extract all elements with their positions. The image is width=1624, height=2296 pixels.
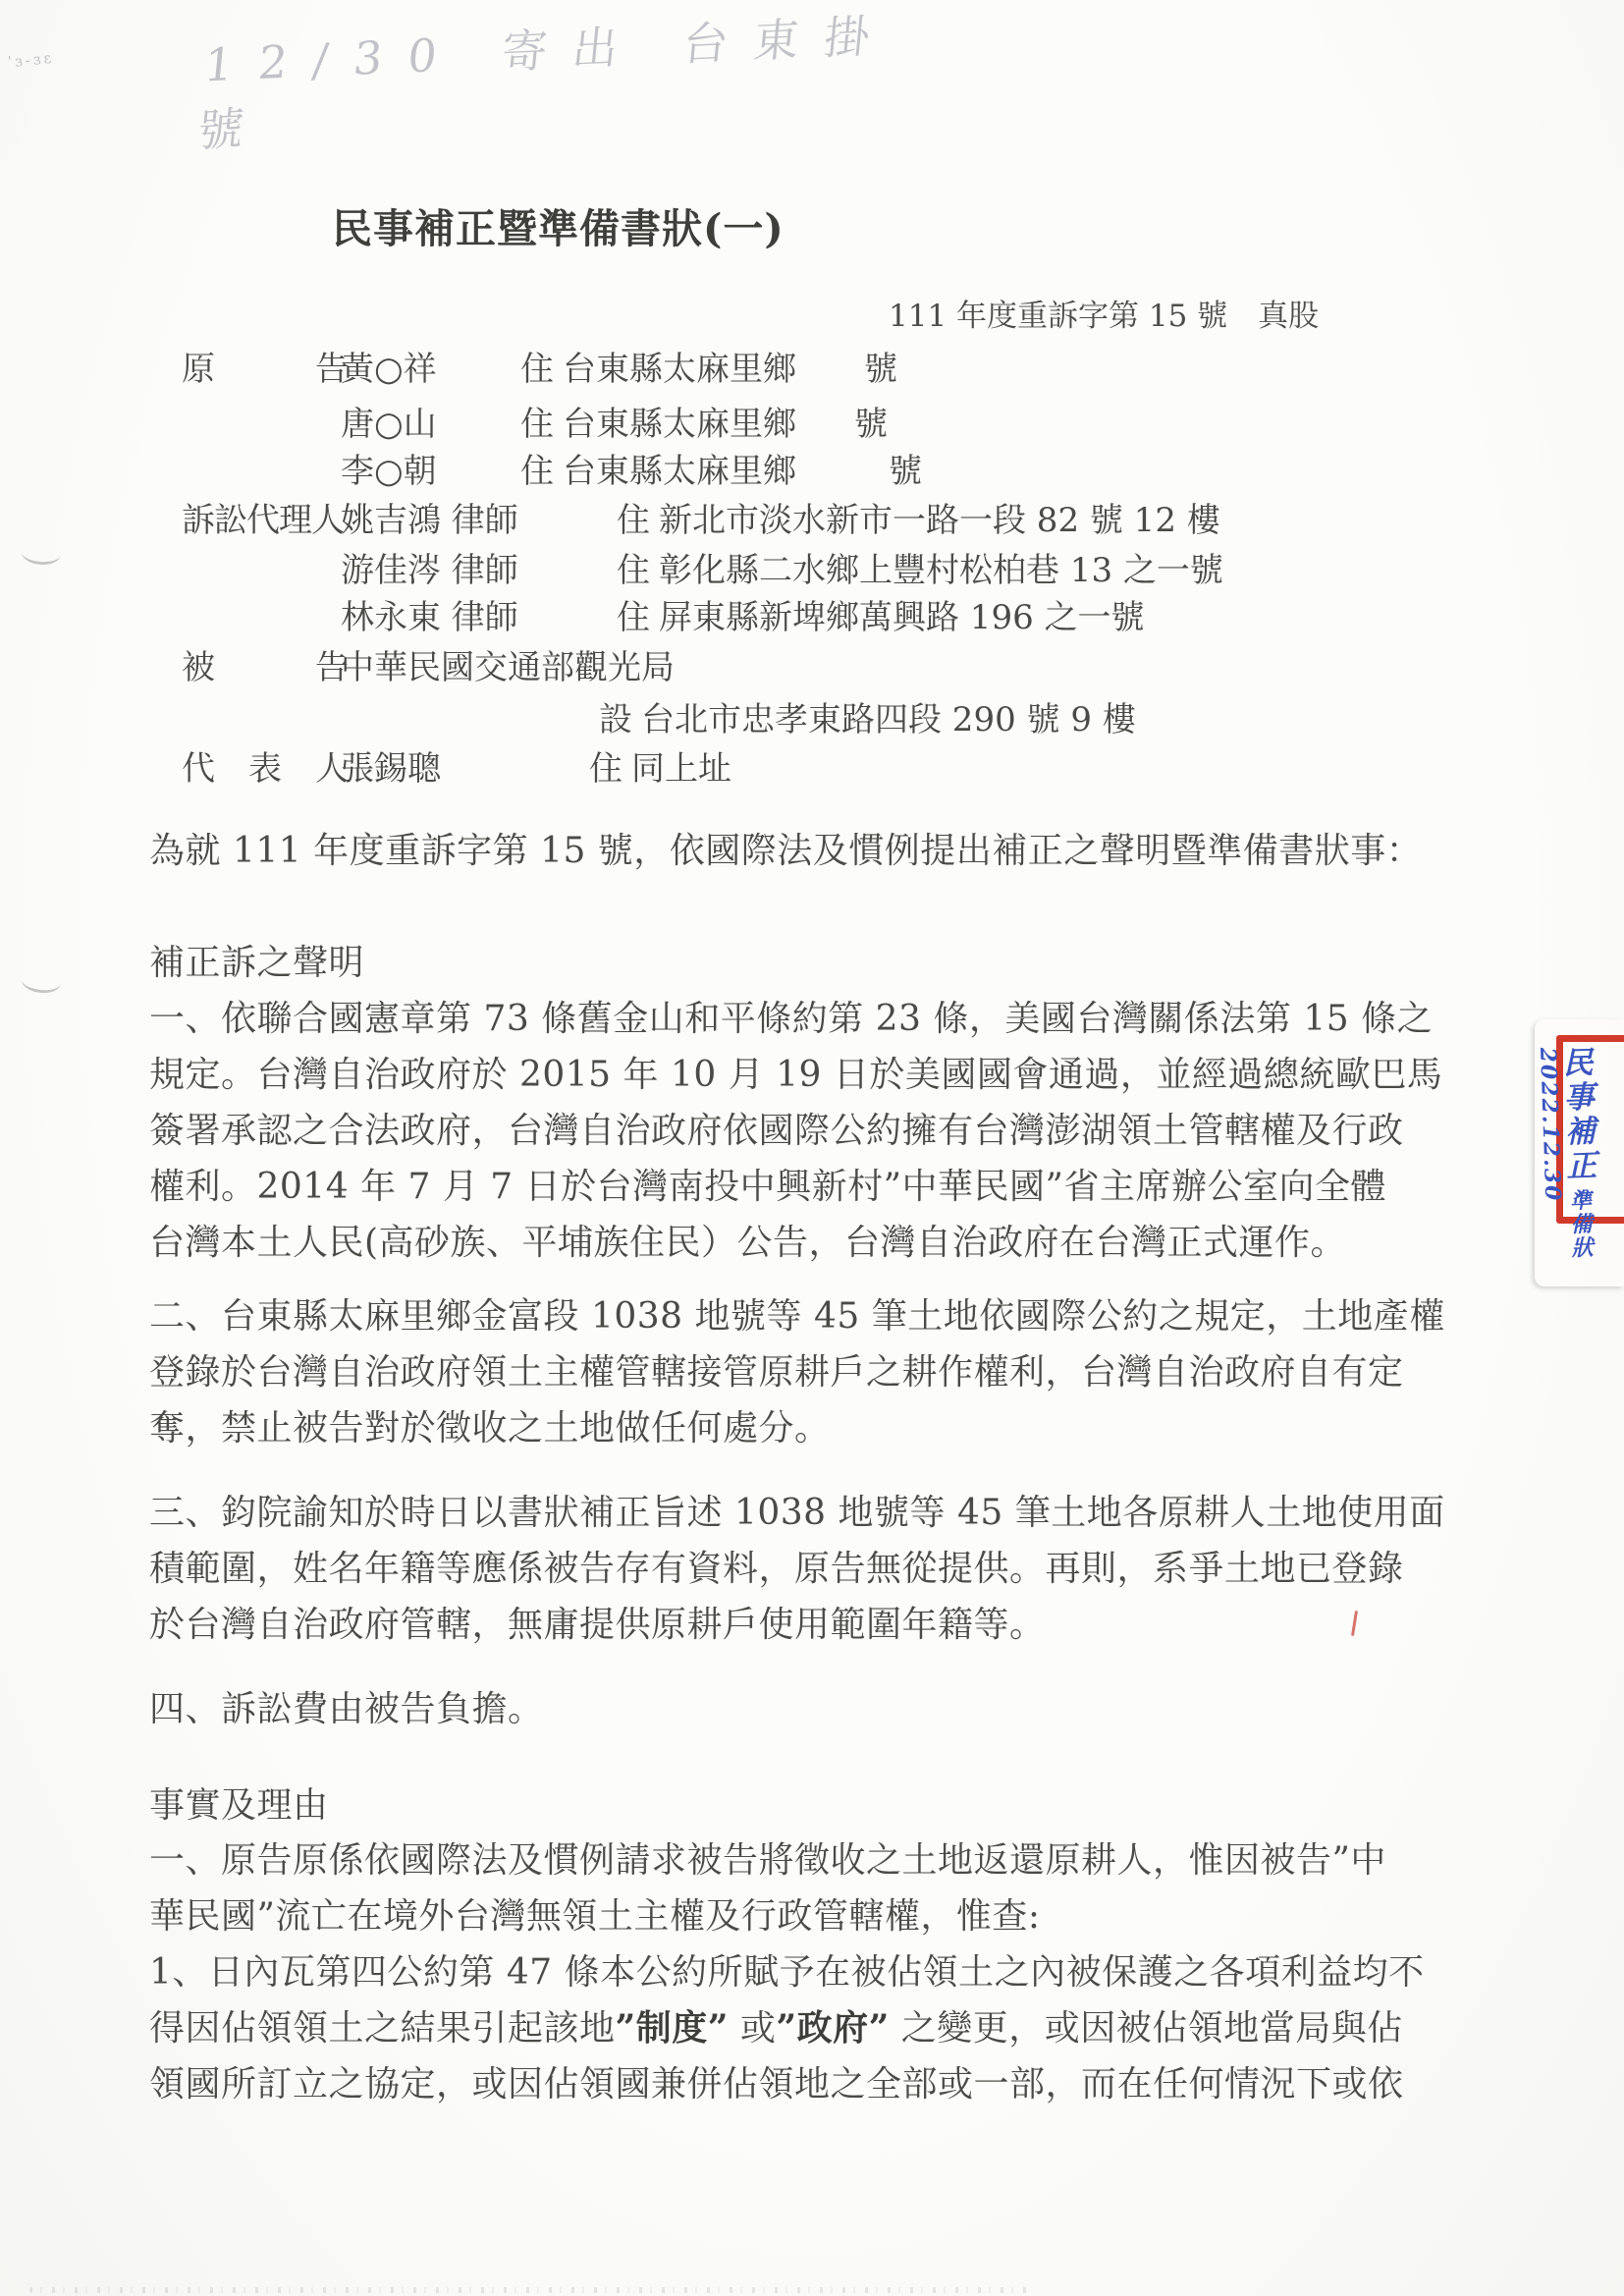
margin-pen-arc-1 (21, 541, 62, 567)
party-prep: 住 (520, 342, 554, 390)
party-name: 張錫聰 (341, 741, 441, 790)
party-address-suffix: 號 (864, 342, 897, 390)
party-address-suffix: 號 (889, 444, 922, 492)
party-address: 台東縣太麻里鄉 (563, 444, 796, 492)
party-address-suffix: 號 (854, 397, 888, 445)
party-name: 林永東 律師 (341, 590, 518, 638)
party-row-plaintiff-1: 原 告 黃○祥 住 台東縣太麻里鄉 號 (182, 342, 1556, 387)
party-name: 姚吉鴻 律師 (341, 493, 518, 541)
party-label: 訴訟代理人 (182, 493, 344, 541)
intro-paragraph: 為就 111 年度重訴字第 15 號，依國際法及慣例提出補正之聲明暨準備書狀事： (149, 823, 1455, 879)
facts-intro-paragraph: 一、原告原係依國際法及慣例請求被告將徵收之土地返還原耕人，惟因被告”中 華民國”… (149, 1832, 1455, 1944)
fact-item-1-bold-term-1: ”制度” (616, 2007, 729, 2049)
party-address: 屏東縣新埤鄉萬興路 196 之一號 (659, 590, 1145, 638)
party-address: 台北市忠孝東路四段 290 號 9 樓 (641, 692, 1136, 740)
fact-item-1-line-3: 領國所訂立之協定，或因佔領國兼併佔領地之全部或一部，而在任何情況下或依 (149, 2064, 1404, 2105)
party-row-plaintiff-3: 李○朝 住 台東縣太麻里鄉 號 (182, 444, 1556, 489)
scanned-legal-document-page: 12/30 寄出 台東掛號 ˈɜ-ɜɛ 民事補正暨準備書狀(一) 111 年度重… (0, 0, 1624, 2296)
fact-item-1-line-1: 1、日內瓦第四公約第 47 條本公約所賦予在被佔領土之內被保護之各項利益均不 (149, 1952, 1425, 1993)
claim-paragraph-1: 一、依聯合國憲章第 73 條舊金山和平條約第 23 條，美國台灣關係法第 15 … (149, 991, 1455, 1271)
case-number: 111 年度重訴字第 15 號 真股 (889, 291, 1319, 335)
party-label: 原 告 (182, 342, 349, 390)
party-prep: 住 (617, 543, 650, 591)
handwritten-mailing-note: 12/30 寄出 台東掛號 (195, 0, 953, 160)
party-prep: 住 (520, 444, 554, 492)
corner-pencil-mark: ˈɜ-ɜɛ (7, 49, 55, 72)
party-name: 中華民國交通部觀光局 (341, 640, 675, 688)
party-prep: 住 (617, 493, 650, 541)
party-row-plaintiff-2: 唐○山 住 台東縣太麻里鄉 號 (182, 397, 1556, 442)
side-index-tab: 民事補正 準備狀 2022.12.30 (1535, 1019, 1624, 1286)
party-address: 彰化縣二水鄉上豐村松柏巷 13 之一號 (659, 543, 1223, 591)
party-name: 唐○山 (341, 397, 437, 445)
party-prep: 住 (589, 741, 623, 790)
party-name: 黃○祥 (341, 342, 437, 390)
claim-paragraph-2: 二、台東縣太麻里鄉金富段 1038 地號等 45 筆土地依國際公約之規定，土地產… (149, 1288, 1455, 1456)
party-label: 代 表 人 (182, 741, 349, 790)
party-address: 同上址 (631, 741, 731, 790)
party-name: 李○朝 (341, 444, 437, 492)
party-name: 游佳涔 律師 (341, 543, 518, 591)
fact-item-1-line-2-pre: 得因佔領領土之結果引起該地 (149, 2008, 616, 2049)
claims-heading: 補正訴之聲明 (149, 935, 1455, 991)
fact-item-1-bold-term-2: ”政府” (776, 2007, 889, 2049)
party-row-defendant-address: 設 台北市忠孝東路四段 290 號 9 樓 (182, 692, 1556, 738)
party-prep: 住 (520, 397, 554, 445)
tab-handwriting: 民事補正 準備狀 2022.12.30 (1537, 1046, 1597, 1274)
party-label: 被 告 (182, 640, 349, 688)
party-row-attorney-2: 游佳涔 律師 住 彰化縣二水鄉上豐村松柏巷 13 之一號 (182, 543, 1556, 588)
fact-item-1-line-2-post: 之變更，或因被佔領地當局與佔 (890, 2008, 1403, 2049)
fact-item-1: 1、日內瓦第四公約第 47 條本公約所賦予在被佔領土之內被保護之各項利益均不 得… (149, 1944, 1455, 2112)
party-address: 台東縣太麻里鄉 (563, 342, 796, 390)
fact-item-1-line-2-mid: 或 (729, 2008, 776, 2049)
party-prep: 住 (617, 590, 650, 638)
scan-noise-strip (29, 2287, 1031, 2293)
party-row-attorney-3: 林永東 律師 住 屏東縣新埤鄉萬興路 196 之一號 (182, 590, 1556, 635)
party-address: 台東縣太麻里鄉 (563, 397, 796, 445)
margin-pen-arc-2 (21, 968, 62, 995)
claim-paragraph-3: 三、鈞院諭知於時日以書狀補正旨述 1038 地號等 45 筆土地各原耕人土地使用… (149, 1485, 1455, 1653)
party-row-defendant: 被 告 中華民國交通部觀光局 (182, 640, 1556, 685)
claim-paragraph-4: 四、訴訟費由被告負擔。 (149, 1681, 1455, 1737)
document-title: 民事補正暨準備書狀(一) (332, 196, 785, 254)
party-row-representative: 代 表 人 張錫聰 住 同上址 (182, 741, 1556, 787)
party-prep: 設 (599, 692, 632, 740)
party-row-attorney-1: 訴訟代理人 姚吉鴻 律師 住 新北市淡水新市一路一段 82 號 12 樓 (182, 493, 1556, 538)
party-address: 新北市淡水新市一路一段 82 號 12 樓 (659, 493, 1220, 541)
facts-heading: 事實及理由 (149, 1777, 1455, 1833)
